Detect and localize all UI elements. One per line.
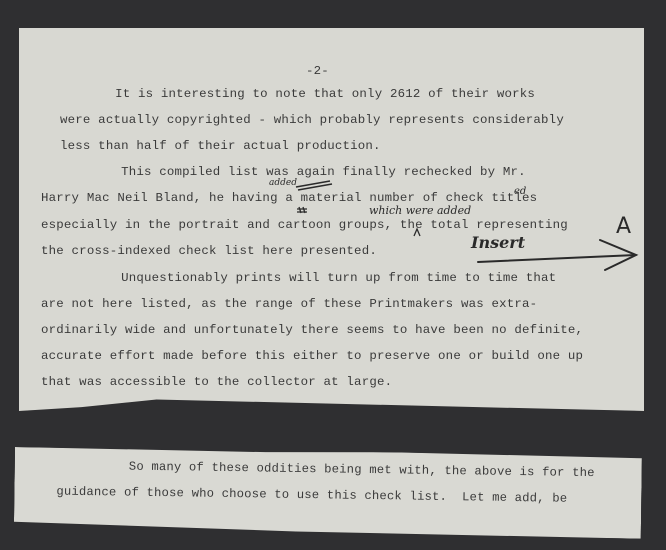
strip-line: guidance of those who choose to use this… — [56, 486, 567, 505]
caret-icon — [297, 207, 420, 236]
strip-line: So many of these oddities being met with… — [69, 460, 595, 480]
strikeout-mark-icon — [296, 181, 332, 190]
insert-arrow-icon — [478, 240, 636, 270]
